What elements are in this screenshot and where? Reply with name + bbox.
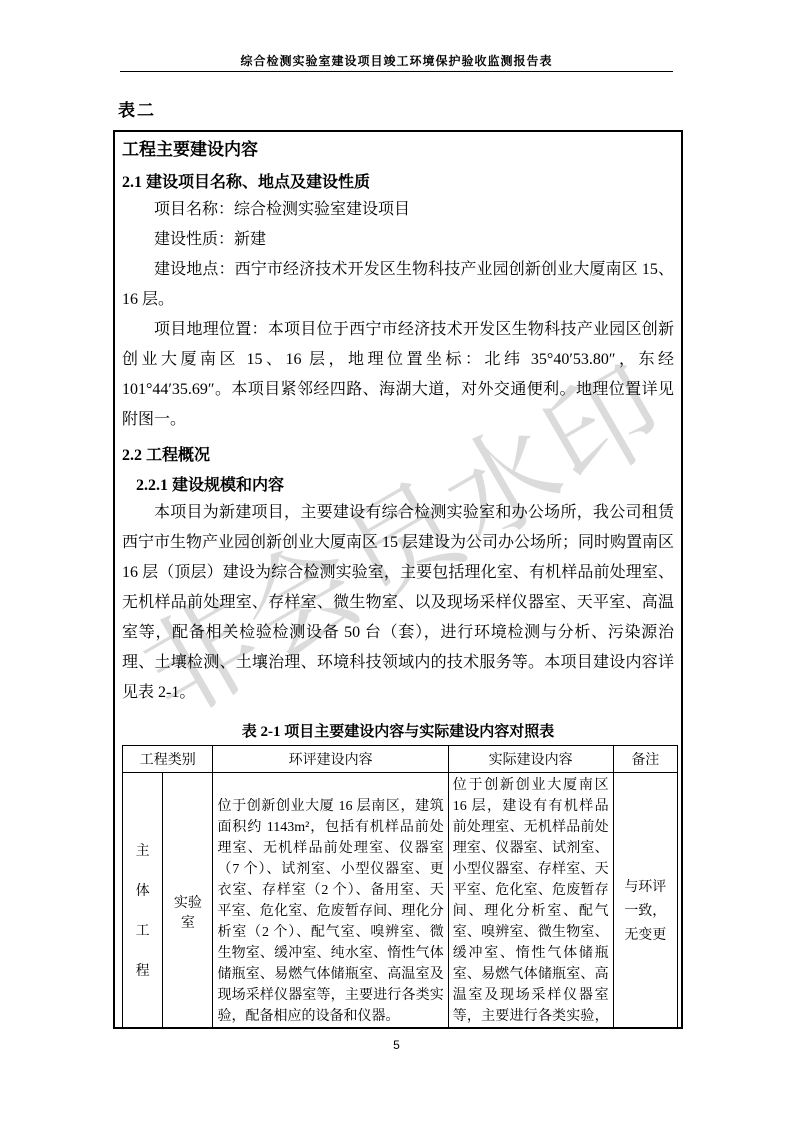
cell-actual-lab: 位于创新创业大厦南区 16 层，建设有有机样品前处理室、无机样品前处理室、仪器室… (448, 773, 613, 1030)
header-rule (120, 71, 673, 72)
paragraph-project-name: 项目名称：综合检测实验室建设项目 (122, 195, 674, 225)
running-header: 综合检测实验室建设项目竣工环境保护验收监测报告表 (0, 52, 793, 69)
cell-eia-lab: 位于创新创业大厦 16 层南区，建筑面积约 1143m²，包括有机样品前处理室、… (213, 773, 448, 1030)
paragraph-geo-position: 项目地理位置：本项目位于西宁市经济技术开发区生物科技产业园区创新创业大厦南区 1… (122, 315, 674, 435)
column-header-eia-content: 环评建设内容 (213, 746, 448, 773)
column-header-category: 工程类别 (123, 746, 213, 773)
column-header-actual-content: 实际建设内容 (448, 746, 613, 773)
paragraph-construction-scale: 本项目为新建项目，主要建设有综合检测实验室和办公场所，我公司租赁西宁市生物产业园… (122, 498, 674, 708)
table-header-row: 工程类别 环评建设内容 实际建设内容 备注 (123, 746, 678, 773)
running-header-title: 综合检测实验室建设项目竣工环境保护验收监测报告表 (240, 54, 552, 68)
cell-category-main-project: 主体工程 (123, 773, 163, 1030)
paragraph-project-nature: 建设性质：新建 (122, 225, 674, 255)
category-lab-label: 实验室 (174, 896, 202, 931)
document-page: 综合检测实验室建设项目竣工环境保护验收监测报告表 表二 非会员水印 工程主要建设… (0, 0, 793, 1122)
heading-2-1: 2.1 建设项目名称、地点及建设性质 (122, 171, 674, 195)
heading-2-2-1: 2.2.1 建设规模和内容 (136, 474, 674, 498)
comparison-table: 工程类别 环评建设内容 实际建设内容 备注 主体工程 实验室 位于创新创业大厦 … (122, 745, 678, 1029)
page-number: 5 (0, 1038, 793, 1052)
table-row-main-lab: 主体工程 实验室 位于创新创业大厦 16 层南区，建筑面积约 1143m²，包括… (123, 773, 678, 1030)
paragraph-project-location: 建设地点：西宁市经济技术开发区生物科技产业园创新创业大厦南区 15、16 层。 (122, 255, 674, 315)
cell-note-lab: 与环评一致，无变更 (613, 773, 677, 1030)
heading-2-2: 2.2 工程概况 (122, 444, 674, 468)
category-main-project-label: 主体工程 (136, 832, 150, 992)
cell-category-lab: 实验室 (163, 773, 213, 1030)
content-box: 工程主要建设内容 2.1 建设项目名称、地点及建设性质 项目名称：综合检测实验室… (113, 130, 683, 1029)
section-title: 工程主要建设内容 (122, 138, 674, 162)
table-two-label: 表二 (118, 96, 156, 121)
table-2-1-title: 表 2-1 项目主要建设内容与实际建设内容对照表 (122, 720, 674, 741)
column-header-note: 备注 (613, 746, 677, 773)
